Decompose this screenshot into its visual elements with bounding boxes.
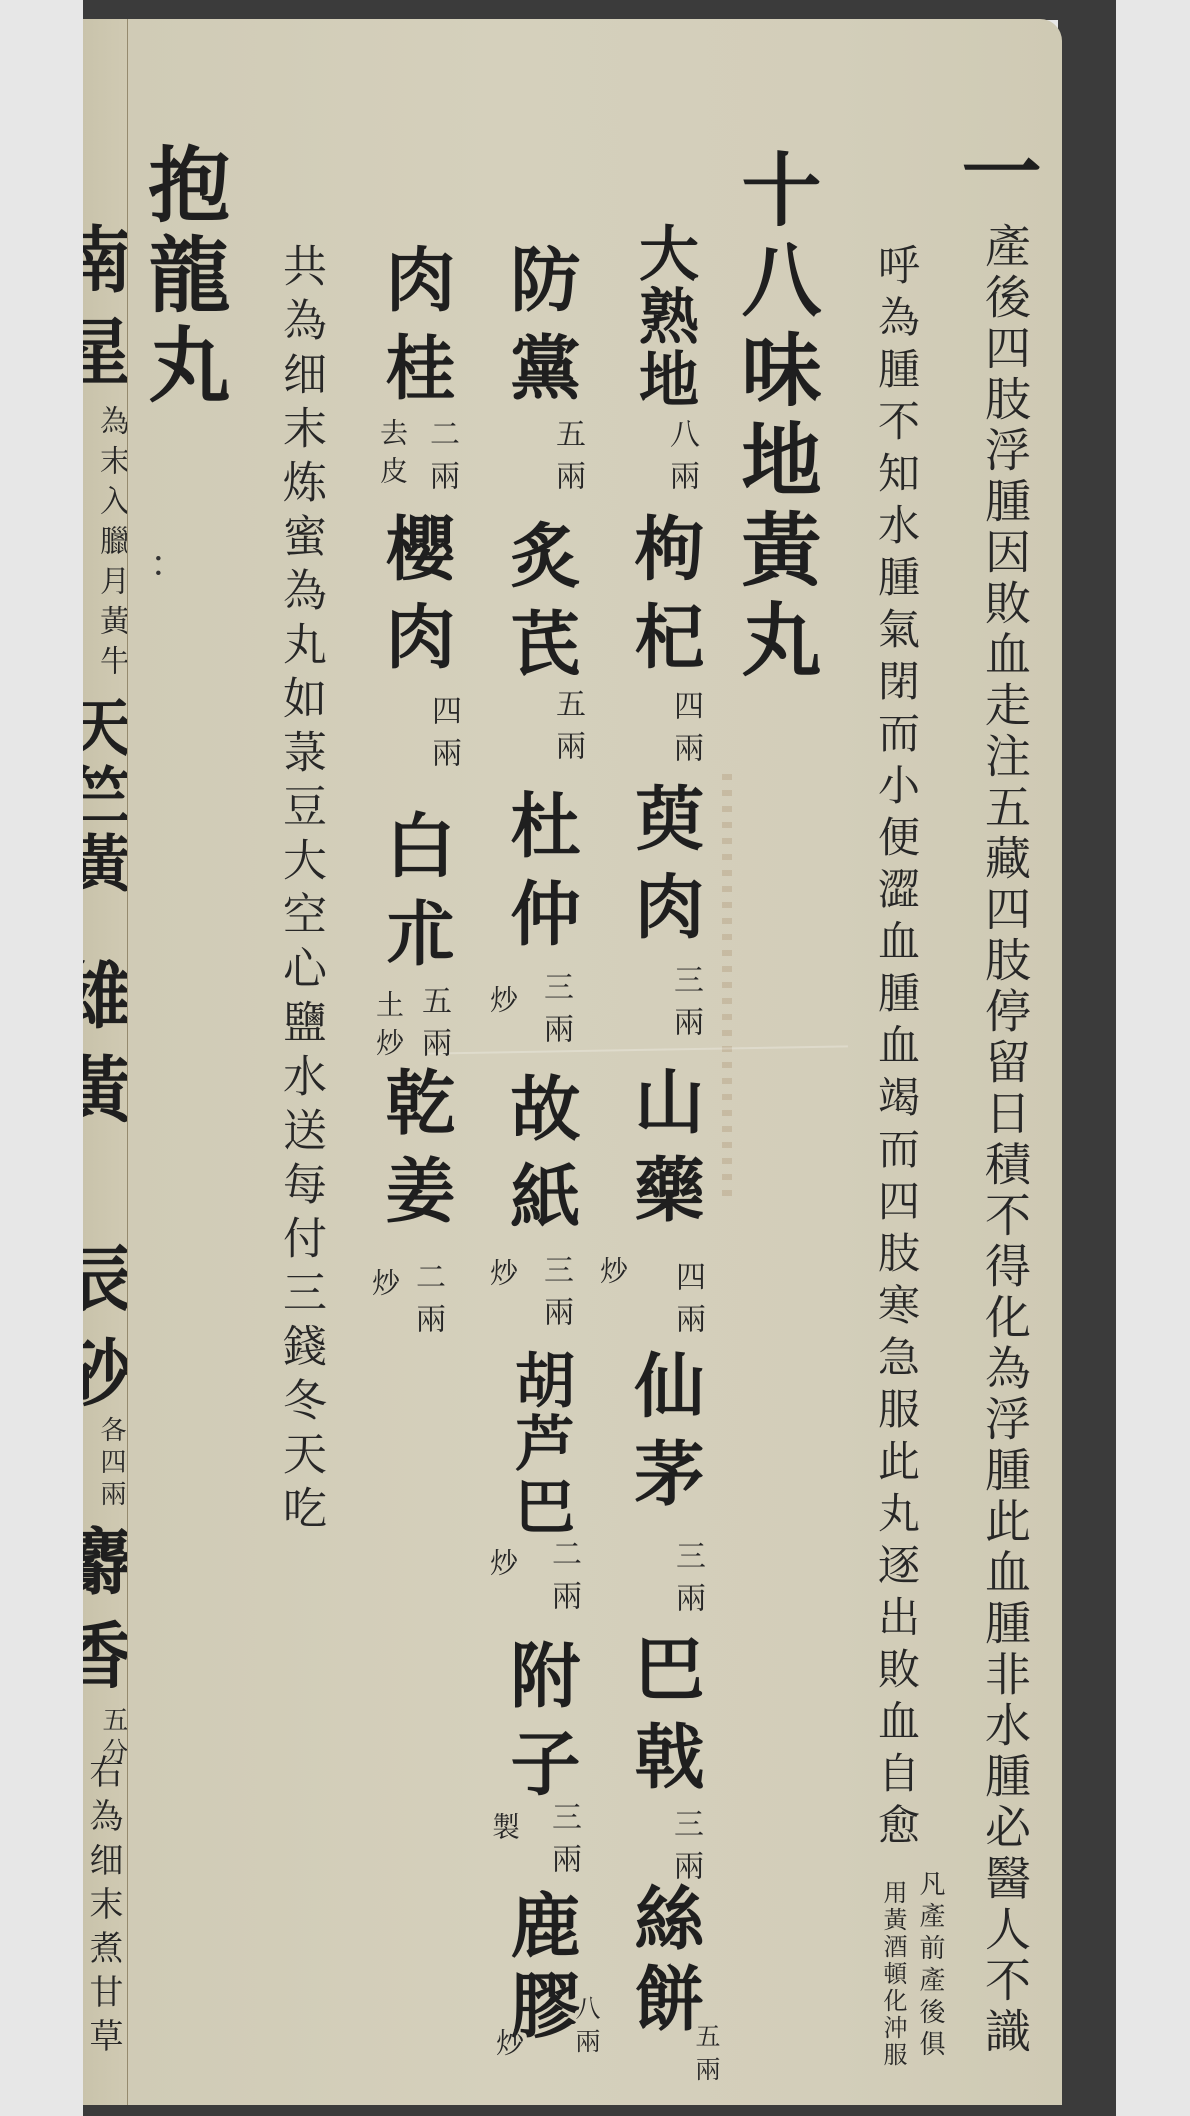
entry-note-left: 用黃酒頓化沖服 bbox=[881, 1880, 905, 2069]
ingredient-name: 乾姜 bbox=[380, 1066, 450, 1242]
ingredient-dose: 三兩 bbox=[540, 971, 570, 1055]
fragment-segment: 麝香 bbox=[83, 1524, 126, 1712]
ingredient-name: 鹿膠 bbox=[505, 1889, 575, 2049]
ingredient-dose: 三兩 bbox=[670, 1808, 700, 1892]
adjacent-page-fragment: 南星 為末入臘月黃牛 天竺黃 雄黃 辰砂 各四兩 麝香 五分 右為细末煮甘草 bbox=[83, 19, 128, 2105]
ingredient-dose: 四兩 bbox=[428, 695, 458, 779]
ingredient-dose: 四兩 bbox=[670, 690, 700, 774]
fragment-segment: 雄黃 bbox=[83, 958, 126, 1146]
ingredient-name: 山藥 bbox=[629, 1065, 699, 1241]
entry-marker: 一 bbox=[955, 130, 1035, 210]
ingredient-dose: 五兩 bbox=[694, 2023, 719, 2089]
ingredient-dose: 四兩 bbox=[672, 1261, 702, 1345]
ingredient-name: 絲餅 bbox=[629, 1882, 699, 2042]
ingredient-prep: 炒 bbox=[488, 1258, 516, 1296]
fragment-segment: 各四兩 bbox=[98, 1416, 124, 1512]
ingredient-prep: 製 bbox=[490, 1812, 518, 1850]
ingredient-dose: 八兩 bbox=[666, 418, 696, 502]
entry-text-line-2: 呼為腫不知水腫氣閉而小便澀血腫血竭而四肢寒急服此丸逐出敗血自愈 bbox=[875, 243, 917, 1855]
fragment-segment: 為末入臘月黃牛 bbox=[96, 405, 126, 685]
paper-crease bbox=[428, 1045, 848, 1054]
ingredient-dose: 二兩 bbox=[548, 1538, 578, 1622]
ingredient-prep: 炒 bbox=[488, 1548, 516, 1586]
ingredient-name: 萸肉 bbox=[629, 782, 699, 958]
ingredient-prep: 去皮 bbox=[378, 418, 406, 494]
ingredient-name: 枸杞 bbox=[629, 512, 699, 688]
ingredient-name: 櫻肉 bbox=[380, 512, 450, 688]
preparation-instructions: 共為细末炼蜜為丸如菉豆大空心鹽水送每付三錢冬天吃 bbox=[278, 243, 322, 1539]
ingredient-dose: 五兩 bbox=[552, 688, 582, 772]
continuation-mark: ： bbox=[150, 547, 186, 583]
ingredient-dose: 二兩 bbox=[412, 1261, 442, 1345]
ingredient-name: 巴戟 bbox=[629, 1632, 699, 1808]
ingredient-name: 胡芦巴 bbox=[510, 1349, 570, 1538]
ingredient-prep: 炒 bbox=[370, 1268, 398, 1306]
ingredient-name: 炙芪 bbox=[505, 519, 575, 695]
ingredient-dose: 三兩 bbox=[670, 964, 700, 1048]
ingredient-name: 附子 bbox=[505, 1639, 575, 1815]
ingredient-prep: 土炒 bbox=[374, 990, 402, 1066]
ingredient-name: 防黨 bbox=[505, 243, 575, 419]
fragment-segment: 南星 bbox=[83, 222, 126, 406]
ingredient-name: 白朮 bbox=[380, 809, 450, 985]
ingredient-dose: 八兩 bbox=[574, 1995, 599, 2061]
entry-note-right: 凡產前產後俱 bbox=[917, 1870, 943, 2062]
ingredient-dose: 三兩 bbox=[540, 1254, 570, 1338]
ingredient-dose: 五兩 bbox=[418, 985, 448, 1069]
entry-text-line-1: 產後四肢浮腫因敗血走注五藏四肢停留日積不得化為浮腫此血腫非水腫必醫人不識 bbox=[982, 222, 1028, 2058]
scan-frame-top bbox=[83, 0, 1116, 20]
scan-frame-bottom bbox=[83, 2104, 1116, 2116]
ingredient-dose: 三兩 bbox=[672, 1540, 702, 1624]
ingredient-dose: 二兩 bbox=[426, 418, 456, 502]
ingredient-prep: 炒 bbox=[494, 2028, 522, 2066]
ingredient-dose: 三兩 bbox=[548, 1801, 578, 1885]
manuscript-page: 一 產後四肢浮腫因敗血走注五藏四肢停留日積不得化為浮腫此血腫非水腫必醫人不識 呼… bbox=[128, 19, 1062, 2105]
ingredient-name: 杜仲 bbox=[505, 789, 575, 965]
fragment-segment: 右為细末煮甘草 bbox=[86, 1754, 120, 2062]
ingredient-name: 肉桂 bbox=[380, 243, 450, 419]
ingredient-name: 仙茅 bbox=[629, 1349, 699, 1525]
ingredient-dose: 五兩 bbox=[552, 418, 582, 502]
fragment-segment: 天竺黃 bbox=[83, 695, 126, 899]
ingredient-prep: 炒 bbox=[488, 985, 516, 1023]
ingredient-name: 大熟地 bbox=[634, 222, 694, 411]
ingredient-prep: 炒 bbox=[598, 1256, 626, 1294]
paper-stain bbox=[722, 774, 732, 1204]
recipe-title-bao-long-wan: 抱龍丸 bbox=[142, 142, 224, 412]
ingredient-name: 故紙 bbox=[505, 1072, 575, 1248]
scan-frame-right bbox=[1058, 0, 1116, 2116]
fragment-segment: 辰砂 bbox=[83, 1241, 126, 1429]
recipe-title-shiba-wei: 十八味地黃丸 bbox=[735, 148, 815, 688]
